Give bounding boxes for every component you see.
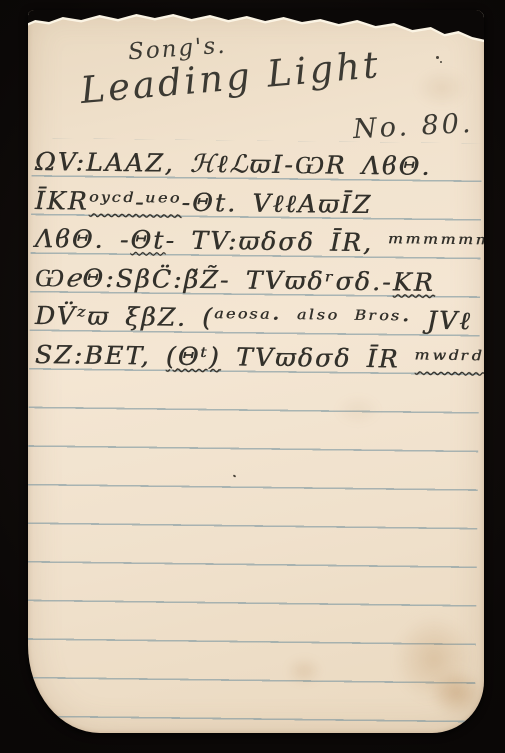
- syllabary-segment: (Θᵗ): [166, 342, 221, 372]
- syllabary-segment: ΩV:LAAZ, ℋℓℒϖI-ѠR ΛϐΘ.: [35, 147, 432, 181]
- song-number: No. 80.: [352, 108, 474, 145]
- syllabary-segment: ĪKR: [35, 186, 89, 216]
- syllabary-segment: SZ:BET,: [35, 340, 166, 371]
- stain: [378, 598, 484, 720]
- stain: [280, 652, 328, 690]
- syllabary-segment: ѠℯΘ:SβC̈:β̃Z̃- TVϖδʳσδ.-: [35, 263, 393, 296]
- ruled-lines: [28, 138, 482, 725]
- stain: [421, 662, 484, 724]
- ink-speck: [436, 56, 439, 59]
- syllabary-segment: -Θt. VℓℓAϖĪZ: [181, 187, 372, 218]
- syllabary-line: ĪKRᵒʸᶜᵈ-ᵘᵉᵒ-Θt. VℓℓAϖĪZ: [35, 186, 484, 223]
- syllabary-segment: ΛϐΘ. -: [35, 224, 131, 254]
- syllabary-line: SZ:BET, (Θᵗ) TVϖδσδ ĪR ᵐʷᵈʳᵈᵈ: [35, 340, 484, 377]
- stain: [406, 62, 478, 114]
- syllabary-segment: - TV:ϖδσδ ĪR,: [165, 226, 388, 258]
- syllabary-segment: ᵒʸᶜᵈ-ᵘᵉᵒ: [89, 186, 182, 216]
- torn-edge: [28, 10, 484, 44]
- syllabary-segment: ᵐʷᵈʳᵈᵈ: [415, 345, 484, 375]
- page-title: Leading Light: [79, 43, 383, 112]
- syllabary-segment: TVϖδσδ ĪR: [221, 342, 415, 373]
- syllabary-segment: ᵐᵐᵐᵐᵐᵐᵐᵐ: [388, 229, 484, 260]
- syllabary-segment: DV̈ᶻϖ ξβZ. (ᵃᵉᵒˢᵃ· ᵃˡˢᵒ ᴮʳᵒˢ· JVℓ ĀΘZyσ;: [35, 301, 484, 337]
- ink-speck: [440, 61, 442, 63]
- photo-background: Song's. Leading Light No. 80. ΩV:LAAZ, ℋ…: [0, 0, 505, 753]
- note-card: Song's. Leading Light No. 80. ΩV:LAAZ, ℋ…: [28, 10, 484, 733]
- syllabary-line: ѠℯΘ:SβC̈:β̃Z̃- TVϖδʳσδ.-KR: [35, 263, 484, 300]
- ink-speck: [233, 474, 237, 477]
- syllabary-line: ΩV:LAAZ, ℋℓℒϖI-ѠR ΛϐΘ.: [35, 147, 484, 184]
- syllabary-line: DV̈ᶻϖ ξβZ. (ᵃᵉᵒˢᵃ· ᵃˡˢᵒ ᴮʳᵒˢ· JVℓ ĀΘZyσ;…: [35, 301, 484, 338]
- syllabary-segment: Θt: [130, 225, 165, 254]
- syllabary-line: ΛϐΘ. -Θt- TV:ϖδσδ ĪR, ᵐᵐᵐᵐᵐᵐᵐᵐ: [35, 224, 484, 261]
- stain: [328, 390, 388, 430]
- syllabary-segment: KR: [393, 267, 435, 297]
